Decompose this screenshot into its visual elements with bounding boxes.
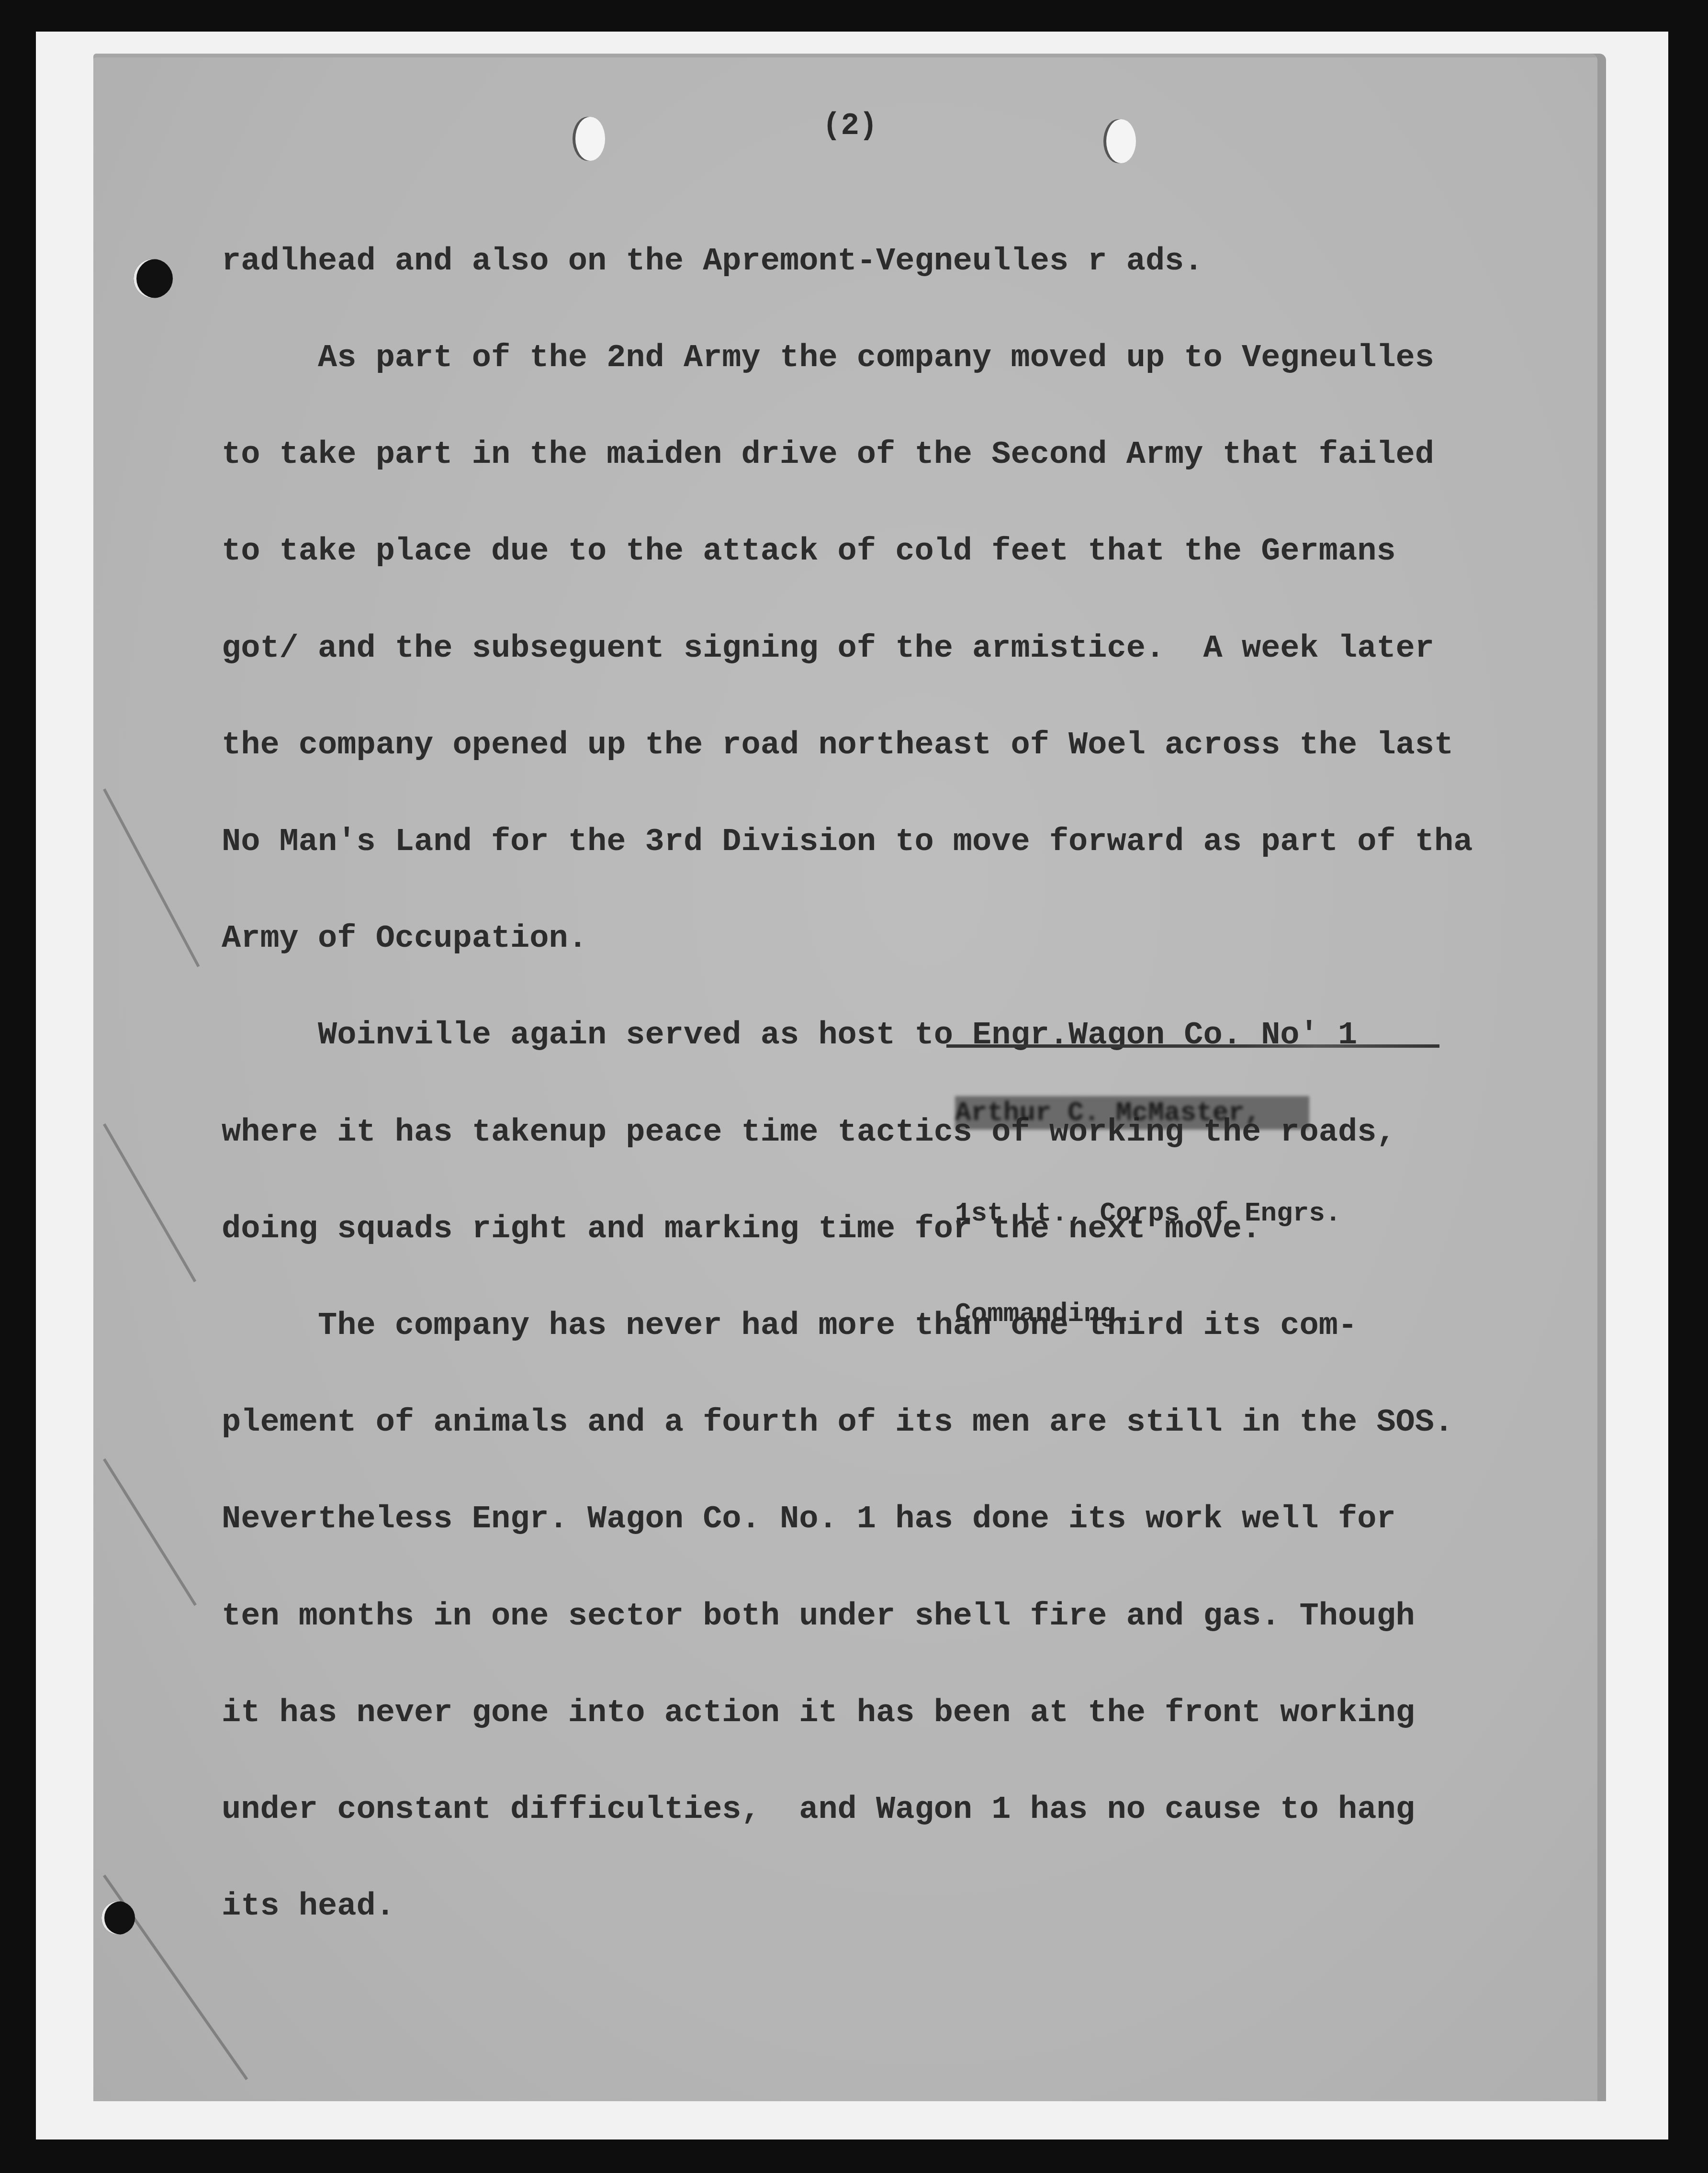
text-line: got/ and the subseguent signing of the a… [222,633,1472,665]
punch-hole-icon [134,259,173,298]
text-line: Army of Occupation. [222,923,1472,955]
punch-hole-icon [575,117,605,161]
punch-hole-icon [101,1901,135,1935]
page-number: (2) [822,109,877,144]
text-line: to take place due to the attack of cold … [222,536,1472,568]
text-line: As part of the 2nd Army the company move… [222,342,1472,374]
text-line: ten months in one sector both under shel… [222,1601,1472,1633]
text-line: radlhead and also on the Apremont-Vegneu… [222,246,1472,278]
text-line: it has never gone into action it has bee… [222,1697,1472,1729]
text-line: under constant difficulties, and Wagon 1… [222,1794,1472,1826]
text-line: the company opened up the road northeast… [222,729,1472,762]
text-line: to take part in the maiden drive of the … [222,439,1472,471]
punch-hole-icon [1106,119,1136,163]
signer-rank: 1st Lt., Corps of Engrs. [955,1197,1341,1230]
text-line: Nevertheless Engr. Wagon Co. No. 1 has d… [222,1503,1472,1535]
text-line: its head. [222,1891,1472,1923]
signature-block: Arthur C. McMaster, 1st Lt., Corps of En… [955,1029,1341,1364]
signer-name-smudged: Arthur C. McMaster, [955,1096,1309,1130]
text-line: plement of animals and a fourth of its m… [222,1407,1472,1439]
text-line: No Man's Land for the 3rd Division to mo… [222,826,1472,858]
signer-role: Commanding. [955,1297,1341,1331]
